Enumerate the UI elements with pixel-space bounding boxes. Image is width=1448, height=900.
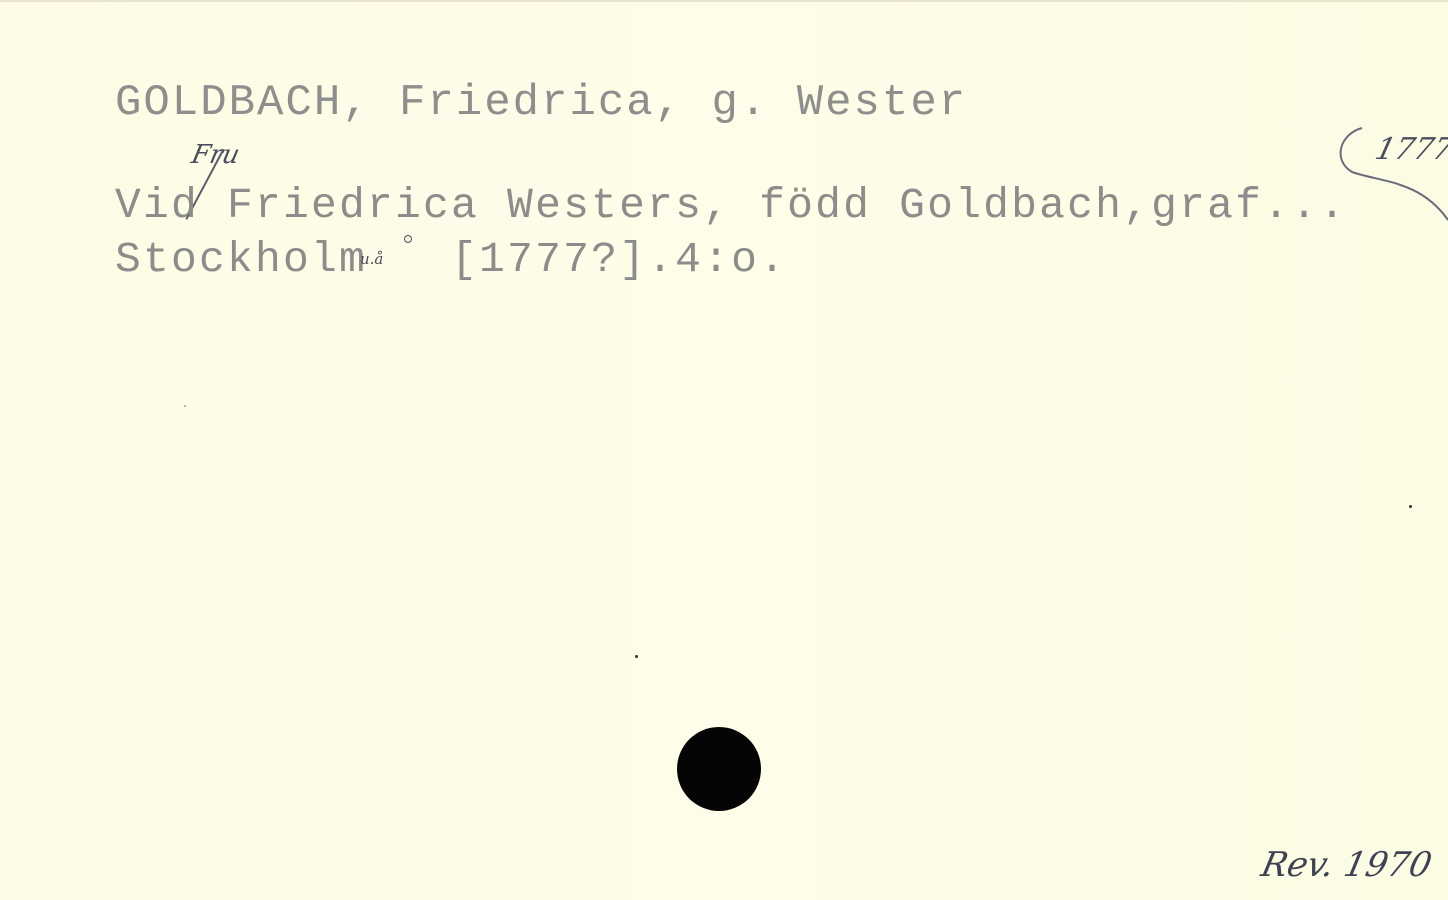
handwritten-imprint-note: u.å [360, 250, 383, 268]
handwritten-ring-mark [404, 235, 412, 243]
catalog-card: GOLDBACH, Friedrica, g. Wester Fru Vid F… [0, 0, 1448, 900]
card-top-edge [0, 0, 1448, 2]
ink-speck [1409, 505, 1412, 508]
handwritten-year-annotation: 1777. [1372, 132, 1448, 167]
ink-speck [635, 655, 638, 658]
card-heading: GOLDBACH, Friedrica, g. Wester [115, 78, 967, 128]
title-line-1: Vid Friedrica Westers, född Goldbach,gra… [115, 181, 1347, 230]
handwritten-revision-note: Rev. 1970 [1258, 845, 1436, 885]
title-line-2: Stockholm [1777?].4:o. [115, 235, 787, 284]
punch-hole [677, 727, 761, 811]
ink-speck [184, 405, 186, 407]
